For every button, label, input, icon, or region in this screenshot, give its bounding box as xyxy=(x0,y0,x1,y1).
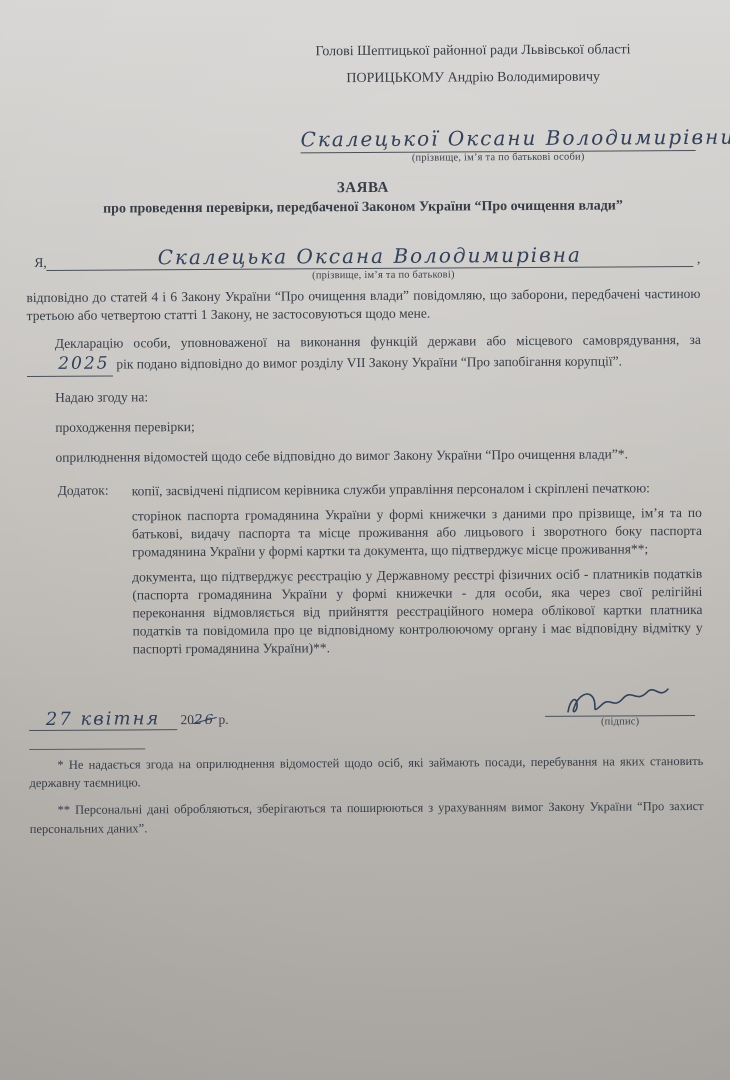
footnote-separator xyxy=(29,748,145,750)
declarant-name-handwritten: Скалецька Оксана Володимирівна xyxy=(158,242,582,269)
attachment-block: Додаток: копії, засвідчені підписом кері… xyxy=(28,479,703,667)
declarant-line-comma: , xyxy=(693,251,700,267)
date-day-month-field: 27 квітня xyxy=(29,708,177,731)
addressee-block: Голові Шептицької районної ради Львівськ… xyxy=(253,36,693,93)
date-day-month-handwritten: 27 квітня xyxy=(46,708,161,730)
applicant-name-handwritten: Скалецької Оксани Володимирівни xyxy=(300,124,730,151)
paper-sheet: Голові Шептицької районної ради Львівськ… xyxy=(0,0,730,1080)
addressee-line-2: ПОРИЦЬКОМУ Андрію Володимировичу xyxy=(253,63,693,93)
date-century-printed: 20 xyxy=(180,712,194,727)
document-photo: Голові Шептицької районної ради Львівськ… xyxy=(0,0,730,1080)
attachment-items: копії, засвідчені підписом керівника слу… xyxy=(132,479,703,666)
paragraph-declaration-after: рік подано відповідно до вимог розділу V… xyxy=(116,353,622,371)
document-subtitle: про проведення перевірки, передбаченої З… xyxy=(26,198,700,218)
date-year-handwritten: 26 xyxy=(194,711,215,727)
footnote-2: ** Персональні дані обробляються, зберіг… xyxy=(30,797,704,839)
signature-block: (підпис) xyxy=(545,683,695,728)
paragraph-law-reference: відповідно до статей 4 і 6 Закону Україн… xyxy=(26,285,700,325)
attachment-item-2: сторінок паспорта громадянина України у … xyxy=(132,504,702,562)
applicant-name-block: Скалецької Оксани Володимирівни (прізвищ… xyxy=(300,125,695,164)
date-era-suffix: р. xyxy=(218,711,228,726)
attachment-label: Додаток: xyxy=(28,482,133,666)
consent-item-1: проходження перевірки; xyxy=(27,415,701,437)
addressee-line-1: Голові Шептицької районної ради Львівськ… xyxy=(253,36,693,66)
consent-intro: Надаю згоду на: xyxy=(27,385,701,407)
applicant-name-caption: (прізвище, ім’я та по батькові особи) xyxy=(301,151,696,164)
declarant-name-field: Скалецька Оксана Володимирівна xyxy=(47,242,693,271)
date-line: 27 квітня 2026 р. xyxy=(29,707,229,730)
signature-caption: (підпис) xyxy=(545,716,695,728)
document-title: ЗАЯВА xyxy=(26,178,700,199)
declarant-i-label: Я, xyxy=(26,255,46,271)
declarant-line: Я, Скалецька Оксана Володимирівна , xyxy=(26,242,700,271)
title-block: ЗАЯВА про проведення перевірки, передбач… xyxy=(26,178,700,218)
consent-item-2: оприлюднення відомостей щодо себе відпов… xyxy=(27,445,701,467)
attachment-item-1: копії, засвідчені підписом керівника слу… xyxy=(132,479,702,501)
paragraph-declaration-before: Декларацію особи, уповноваженої на викон… xyxy=(55,332,701,351)
declaration-year-handwritten: 2025 xyxy=(58,353,109,373)
applicant-name-field: Скалецької Оксани Володимирівни xyxy=(300,125,695,153)
footnote-1: * Не надається згода на оприлюднення від… xyxy=(29,751,703,793)
paragraph-declaration: Декларацію особи, уповноваженої на викон… xyxy=(27,331,701,377)
date-signature-row: 27 квітня 2026 р. (підпис) xyxy=(29,682,703,730)
declaration-year-field: 2025 xyxy=(27,352,113,376)
attachment-item-3: документа, що підтверджує реєстрацію у Д… xyxy=(132,565,703,659)
